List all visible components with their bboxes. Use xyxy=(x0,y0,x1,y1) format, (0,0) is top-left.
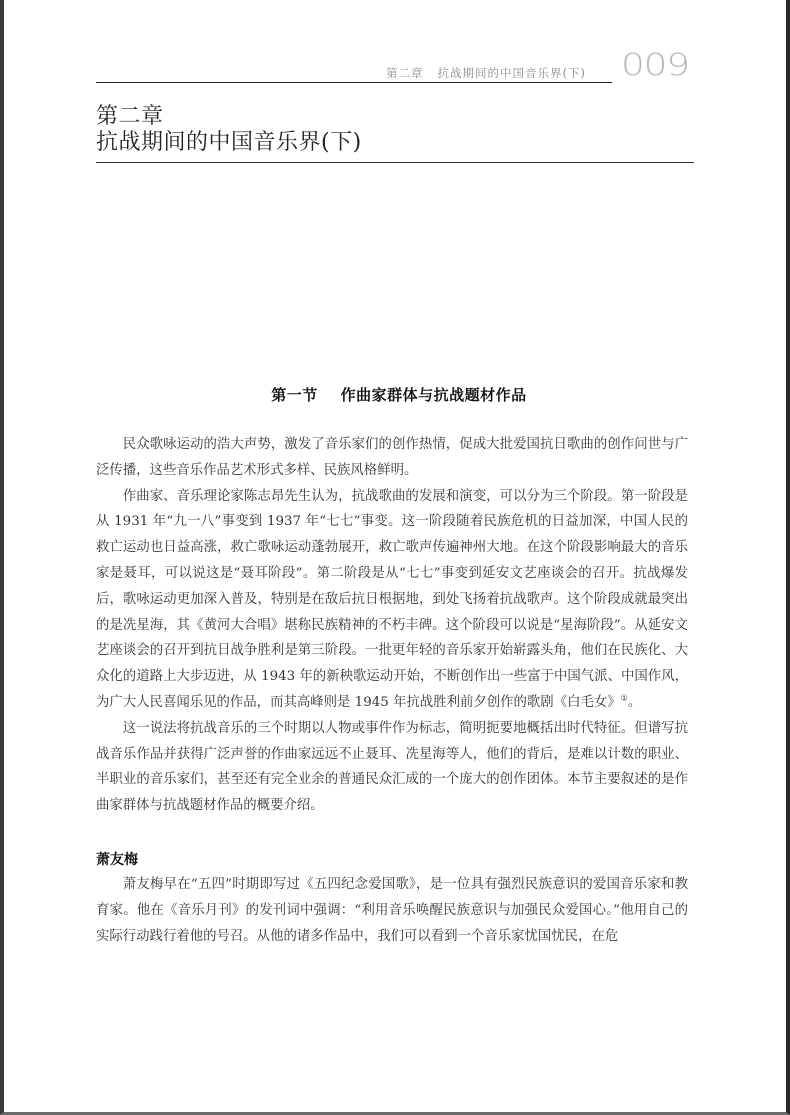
book-page: 第二章 抗战期间的中国音乐界(下) 009 第二章 抗战期间的中国音乐界(下) … xyxy=(0,0,790,1115)
paragraph-3: 这一说法将抗战音乐的三个时期以人物或事件作为标志，简明扼要地概括出时代特征。但谱… xyxy=(96,716,688,819)
chapter-number: 第二章 xyxy=(96,104,694,130)
paragraph-text: 民众歌咏运动的浩大声势，激发了音乐家们的创作热情，促成大批爱国抗日歌曲的创作问世… xyxy=(96,437,688,478)
chapter-title: 抗战期间的中国音乐界(下) xyxy=(96,130,694,156)
body-text: 民众歌咏运动的浩大声势，激发了音乐家们的创作热情，促成大批爱国抗日歌曲的创作问世… xyxy=(96,432,688,949)
running-head-text: 第二章 抗战期间的中国音乐界(下) xyxy=(386,65,586,81)
subsection-paragraph-1: 萧友梅早在“五四”时期即写过《五四纪念爱国歌》，是一位具有强烈民族意识的爱国音乐… xyxy=(96,872,688,949)
paragraph-2: 作曲家、音乐理论家陈志昂先生认为，抗战歌曲的发展和演变，可以分为三个阶段。第一阶… xyxy=(96,484,688,716)
paragraph-1: 民众歌咏运动的浩大声势，激发了音乐家们的创作热情，促成大批爱国抗日歌曲的创作问世… xyxy=(96,432,688,484)
paragraph-text: 萧友梅早在“五四”时期即写过《五四纪念爱国歌》，是一位具有强烈民族意识的爱国音乐… xyxy=(96,877,688,944)
page-number: 009 xyxy=(621,48,689,83)
chapter-header: 第二章 抗战期间的中国音乐界(下) xyxy=(96,104,694,163)
paragraph-text: 这一说法将抗战音乐的三个时期以人物或事件作为标志，简明扼要地概括出时代特征。但谱… xyxy=(96,721,688,813)
footnote-marker[interactable]: ① xyxy=(621,694,628,703)
paragraph-text: 作曲家、音乐理论家陈志昂先生认为，抗战歌曲的发展和演变，可以分为三个阶段。第一阶… xyxy=(96,489,688,710)
section-heading: 第一节 作曲家群体与抗战题材作品 xyxy=(4,384,790,405)
subsection-heading: 萧友梅 xyxy=(96,848,688,872)
running-head: 第二章 抗战期间的中国音乐界(下) xyxy=(96,60,612,83)
paragraph-tail: 。 xyxy=(628,695,641,710)
